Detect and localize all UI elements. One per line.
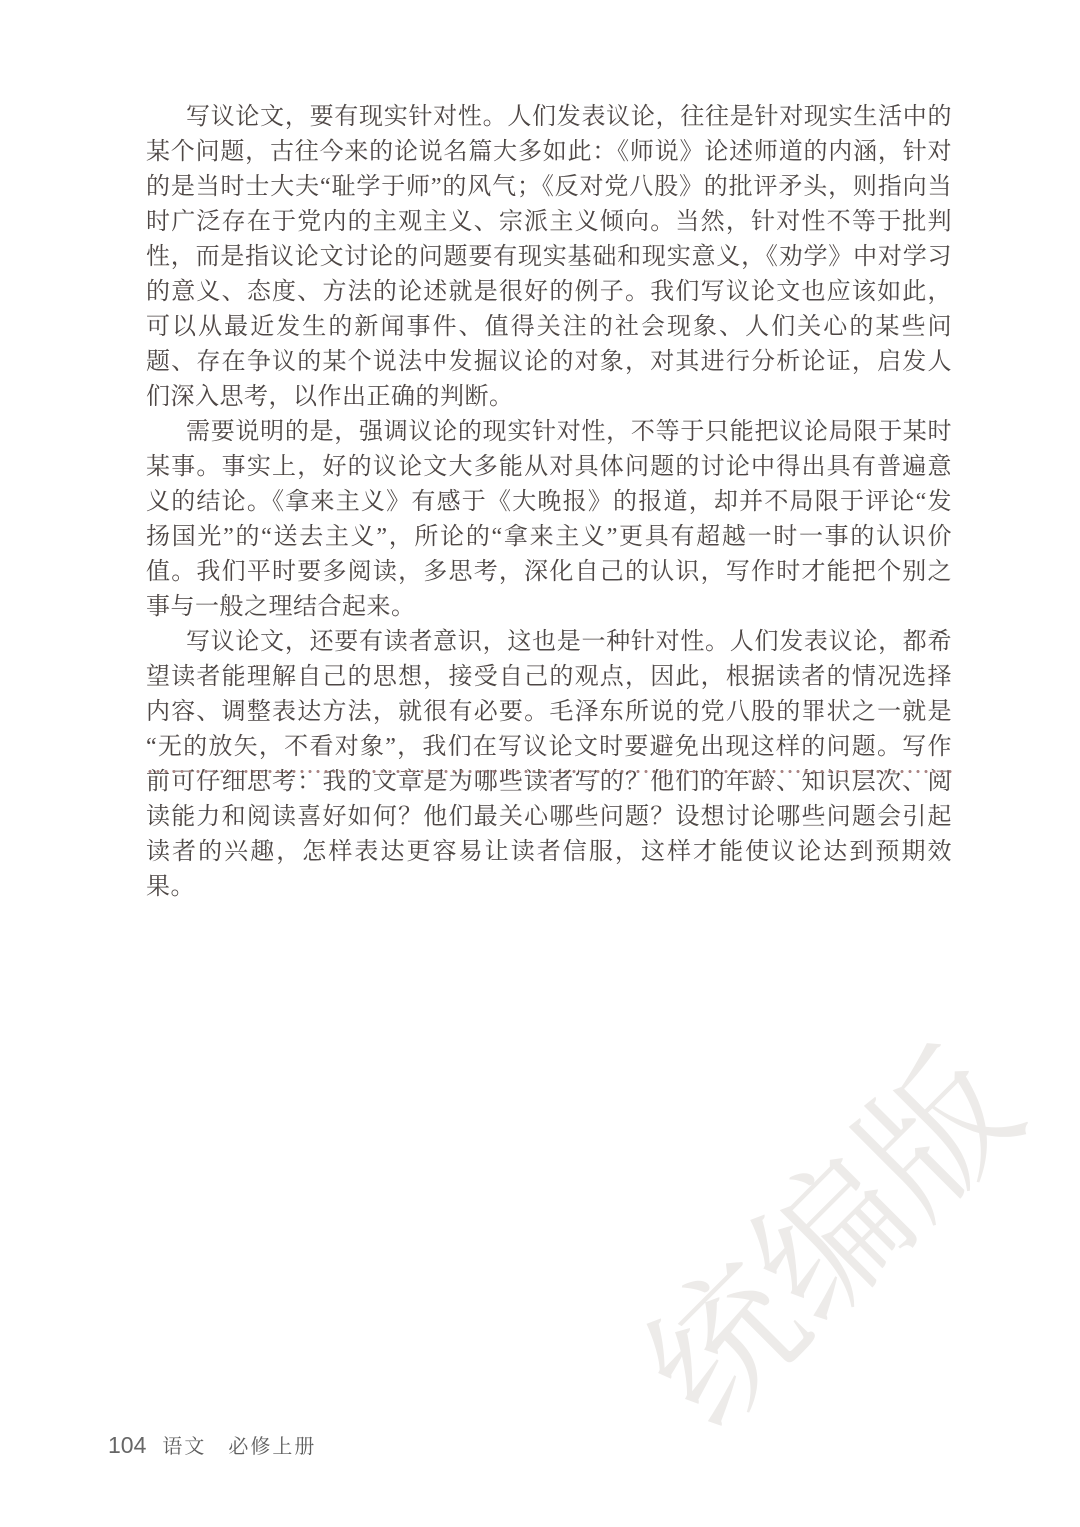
body-text-block: 写议论文，要有现实针对性。人们发表议论，往往是针对现实生活中的某个问题，古往今来… <box>146 100 952 905</box>
paragraph-3: 写议论文，还要有读者意识，这也是一种针对性。人们发表议论，都希望读者能理解自己的… <box>146 625 952 905</box>
paragraph-1: 写议论文，要有现实针对性。人们发表议论，往往是针对现实生活中的某个问题，古往今来… <box>146 100 952 415</box>
watermark-text: 统编版 <box>591 996 1079 1484</box>
footer-volume: 必修上册 <box>228 1430 316 1459</box>
page-number: 104 <box>108 1432 146 1459</box>
paragraph-2: 需要说明的是，强调议论的现实针对性，不等于只能把议论局限于某时某事。事实上，好的… <box>146 415 952 625</box>
page-footer: 104 语文 必修上册 <box>108 1430 316 1459</box>
dotted-divider <box>146 768 952 775</box>
footer-subject: 语文 <box>162 1430 206 1459</box>
textbook-page: 写议论文，要有现实针对性。人们发表议论，往往是针对现实生活中的某个问题，古往今来… <box>0 0 1080 1527</box>
